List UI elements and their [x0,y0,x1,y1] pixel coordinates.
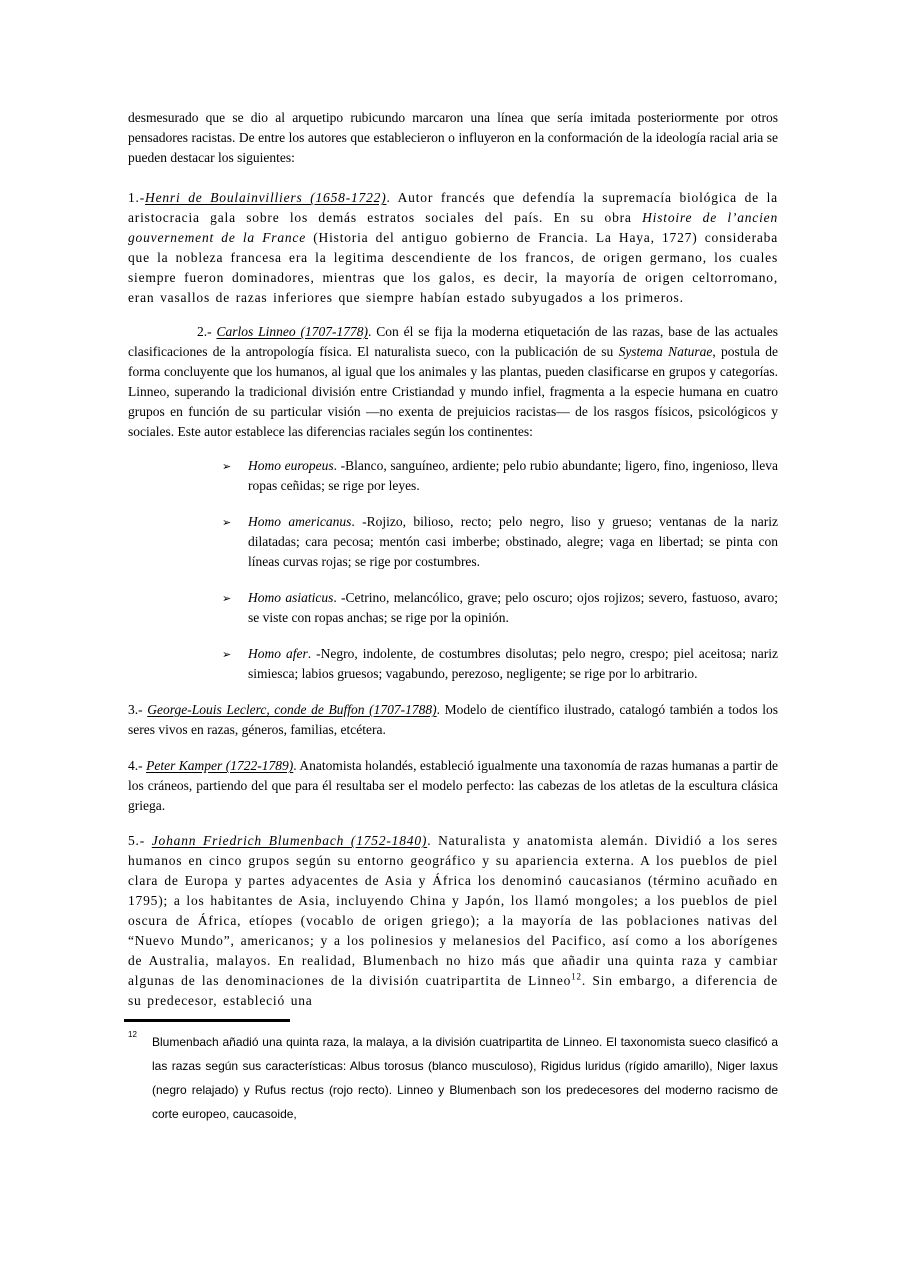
list-item-text: Homo europeus. -Blanco, sanguíneo, ardie… [248,458,778,493]
author-item-3: 3.- George-Louis Leclerc, conde de Buffo… [128,700,778,740]
list-item-homo-europeus: ➢ Homo europeus. -Blanco, sanguíneo, ard… [222,456,778,496]
document-content: desmesurado que se dio al arquetipo rubi… [128,108,778,1126]
footnote-text: Blumenbach añadió una quinta raza, la ma… [152,1035,778,1121]
arrow-bullet-icon: ➢ [222,589,231,609]
author-item-2: 2.- Carlos Linneo (1707-1778). Con él se… [128,322,778,442]
list-item-homo-afer: ➢ Homo afer. -Negro, indolente, de costu… [222,644,778,684]
list-item-text: Homo americanus. -Rojizo, bilioso, recto… [248,514,778,569]
author-item-4: 4.- Peter Kamper (1722-1789). Anatomista… [128,756,778,816]
arrow-bullet-icon: ➢ [222,645,231,665]
list-item-homo-asiaticus: ➢ Homo asiaticus. -Cetrino, melancólico,… [222,588,778,628]
arrow-bullet-icon: ➢ [222,457,231,477]
list-item-text: Homo afer. -Negro, indolente, de costumb… [248,646,778,681]
homo-list: ➢ Homo europeus. -Blanco, sanguíneo, ard… [128,456,778,684]
author-item-5: 5.- Johann Friedrich Blumenbach (1752-18… [128,831,778,1011]
intro-paragraph: desmesurado que se dio al arquetipo rubi… [128,108,778,168]
author-item-1: 1.-Henri de Boulainvilliers (1658-1722).… [128,188,778,308]
footnote: 12 Blumenbach añadió una quinta raza, la… [128,1030,778,1126]
list-item-text: Homo asiaticus. -Cetrino, melancólico, g… [248,590,778,625]
list-item-homo-americanus: ➢ Homo americanus. -Rojizo, bilioso, rec… [222,512,778,572]
document-page: desmesurado que se dio al arquetipo rubi… [0,0,906,1281]
arrow-bullet-icon: ➢ [222,513,231,533]
footnote-divider [124,1019,290,1022]
